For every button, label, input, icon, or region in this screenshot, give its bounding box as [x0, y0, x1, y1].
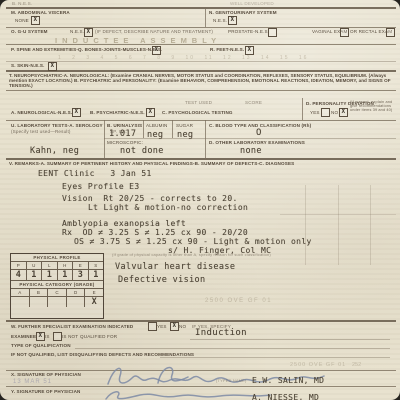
is-not-label: IS NOT	[62, 334, 78, 339]
psych-testing-label: C. PSYCHOLOGICAL TESTING	[162, 110, 233, 115]
prostate-checkbox	[268, 28, 277, 37]
personality-note: (If present, explain and give recommenda…	[350, 100, 396, 113]
remarks-line-rx-os: OS ≠ 3.75 S ≠ 1.25 cx 90 - Light & motio…	[74, 237, 312, 246]
physician2-typed-name: A. NIESSE, MD	[252, 393, 319, 400]
abdominal-label: M. ABDOMINAL VISCERA	[11, 10, 70, 15]
no-label: NO	[331, 110, 338, 115]
abdominal-none-checkbox: X	[31, 16, 40, 25]
divider	[104, 138, 205, 139]
type-of-qualification-label: TYPE OF QUALIFICATION	[11, 343, 71, 348]
remarks-line-clinic: EENT Clinic 3 Jan 51	[38, 169, 152, 178]
urinalysis-label: B. URINALYSIS	[107, 123, 142, 128]
microscopic-label: MICROSCOPIC:	[107, 140, 143, 145]
divider	[190, 339, 390, 340]
specialist-yes-label: YES	[157, 324, 167, 329]
divider	[6, 61, 396, 62]
feet-nes-checkbox: X	[245, 46, 254, 55]
examinee-is-not-checkbox	[53, 332, 62, 341]
top-fragment-right: WELL DEVELOPED	[230, 1, 274, 6]
specialist-yes-checkbox	[148, 322, 157, 331]
category-letter: B	[29, 289, 48, 296]
signature-physician2-label: Y. SIGNATURE OF PHYSICIAN	[11, 389, 81, 394]
genitourinary-item-label: N.E.S.	[213, 18, 227, 23]
physical-category-title: PHYSICAL CATEGORY (GRADE)	[11, 280, 103, 289]
pulhes-value: 3	[72, 270, 88, 280]
skin-label: S. SKIN-N.E.S.	[11, 63, 45, 68]
category-mark	[11, 297, 29, 307]
psychiatric-label: B. PSYCHIATRIC-N.E.S.	[90, 110, 145, 115]
typed-name-label: (TYPED NAME)	[216, 378, 246, 383]
divider	[6, 7, 396, 9]
divider	[6, 70, 396, 72]
category-letter: D	[66, 289, 85, 296]
category-mark	[29, 297, 48, 307]
gu-note: (IF DEFECT, DESCRIBE NATURE AND TREATMEN…	[95, 29, 213, 34]
remarks-line-vision-rt: Vision Rt 20/25 - corrects to 20.	[62, 194, 238, 203]
remarks-line-profile: Eyes Profile E3	[62, 182, 140, 191]
pulhes-value: 1	[26, 270, 42, 280]
blood-type-value: O	[256, 129, 262, 138]
rectal-exam-checkbox	[386, 28, 395, 37]
examinee-label: EXAMINEE	[11, 334, 36, 339]
genitourinary-nes-checkbox: X	[228, 16, 237, 25]
score-label: SCORE	[245, 100, 262, 105]
signature-physician-label: X. SIGNATURE OF PHYSICIAN	[11, 372, 81, 377]
serology-value: Kahn, neg	[30, 147, 79, 156]
personality-yes-checkbox	[321, 108, 330, 117]
specialist-no-checkbox: X	[170, 322, 179, 331]
category-letter: E	[84, 289, 103, 296]
pulhes-letter: S	[88, 262, 104, 269]
divider	[6, 158, 396, 160]
pulhes-letter: U	[26, 262, 42, 269]
pulhes-value: 1	[41, 270, 57, 280]
spine-label: P. SPINE AND EXTREMITIES-Q. BONES-JOINTS…	[11, 47, 162, 52]
yes-label: YES	[310, 110, 320, 115]
divider	[6, 320, 396, 322]
test-used-label: TEST USED	[185, 100, 212, 105]
defect-line-vision: Defective vision	[118, 276, 205, 285]
specialist-no-label: NO	[179, 324, 186, 329]
genitourinary-label: N. GENITOURINARY SYSTEM	[209, 10, 277, 15]
neuropsychiatric-header: T. NEUROPSYCHIATRIC-A. NEUROLOGICAL: (Ex…	[9, 73, 397, 89]
bleed-line	[370, 185, 371, 265]
microscopic-value: not done	[120, 147, 164, 156]
other-lab-label: D. OTHER LABORATORY EXAMINATIONS	[209, 140, 305, 145]
serology-label: U. LABORATORY TESTS-A. SEROLOGY	[11, 123, 103, 128]
divider	[6, 90, 396, 91]
category-letter: A	[11, 289, 29, 296]
category-marks-row: X	[11, 296, 103, 307]
divider	[143, 120, 144, 138]
other-lab-value: none	[240, 147, 262, 156]
bleed-text: 252	[352, 362, 361, 368]
category-mark	[47, 297, 66, 307]
bleed-text: 2500 OVE GF 01	[205, 298, 272, 304]
pulhes-letter: P	[11, 262, 26, 269]
bleed-line	[305, 185, 306, 265]
pulhes-letters-row: P U L H E S	[11, 262, 103, 269]
defect-line-heart: Valvular heart disease	[115, 263, 235, 272]
divider	[6, 44, 396, 45]
pulhes-letter: E	[72, 262, 88, 269]
divider	[6, 386, 396, 387]
pulhes-value: 1	[57, 270, 73, 280]
scanned-medical-exam-form: B. N.E.S. WELL DEVELOPED M. ABDOMINAL VI…	[0, 0, 400, 400]
category-mark	[66, 297, 85, 307]
divider	[172, 120, 173, 138]
psychiatric-checkbox: X	[146, 108, 155, 117]
remarks-header: V. REMARKS-A. SUMMARY OF PERTINENT HISTO…	[9, 161, 394, 166]
category-letter: C	[47, 289, 66, 296]
remarks-line-amblyopia: Amblyopia exanopsia left	[62, 219, 186, 228]
abdominal-item-label: NONE	[15, 18, 29, 23]
spine-nes-checkbox: X	[152, 46, 161, 55]
bleed-line	[280, 214, 396, 215]
divider	[302, 98, 303, 120]
vaginal-exam-checkbox	[340, 28, 349, 37]
divider	[205, 138, 396, 139]
albumin-label: ALBUMIN	[146, 123, 167, 128]
physical-profile-title: PHYSICAL PROFILE	[11, 254, 103, 262]
bleed-line	[338, 185, 339, 265]
qualified-for-label: QUALIFIED FOR	[80, 334, 117, 339]
divider	[6, 120, 396, 121]
gu-system-label: O. G-U SYSTEM	[11, 29, 48, 34]
date-stamp: 13 MAR 51	[13, 379, 52, 385]
qualified-for-value: Induction	[195, 329, 247, 338]
sugar-label: SUGAR	[176, 123, 193, 128]
pulhes-value: 1	[88, 270, 104, 280]
pulhes-letter: H	[57, 262, 73, 269]
prostate-label: PROSTATE-N.E.S.	[228, 29, 269, 34]
divider	[6, 27, 396, 28]
divider	[104, 120, 105, 158]
specialist-exam-label: W. FURTHER SPECIALIST EXAMINATION INDICA…	[11, 324, 133, 329]
divider	[205, 7, 206, 27]
personality-no-checkbox: X	[339, 108, 348, 117]
physician-typed-name: E.W. SALIN, MD	[252, 376, 324, 385]
divider	[75, 348, 390, 349]
top-fragment-left: B. N.E.S.	[12, 1, 32, 6]
remarks-line-rx-od: Rx OD ≠ 3.25 S ≠ 1.25 cx 90 - 20/20	[62, 228, 248, 237]
capacity-note: (If grade of physical capacity is other …	[112, 252, 271, 257]
pulhes-value: 4	[11, 270, 26, 280]
pulhes-letter: L	[41, 262, 57, 269]
category-mark: X	[84, 297, 103, 307]
physical-profile-box: PHYSICAL PROFILE P U L H E S 4 1 1 1 3 1…	[10, 253, 104, 319]
feet-label: R. FEET-N.E.S.	[210, 47, 244, 52]
neurological-label: A. NEUROLOGICAL-N.E.S.	[11, 110, 72, 115]
is-label: IS	[45, 334, 50, 339]
neurological-checkbox: X	[72, 108, 81, 117]
divider	[205, 120, 206, 158]
gu-nes-label: N.E.S.	[70, 29, 84, 34]
serology-note: (Specify test used—Result)	[11, 129, 71, 134]
pulhes-values-row: 4 1 1 1 3 1	[11, 269, 103, 280]
remarks-line-vision-lt: Lt Light & motion-no correction	[88, 203, 248, 212]
examinee-is-checkbox: X	[36, 332, 45, 341]
category-letters-row: A B C D E	[11, 289, 103, 296]
